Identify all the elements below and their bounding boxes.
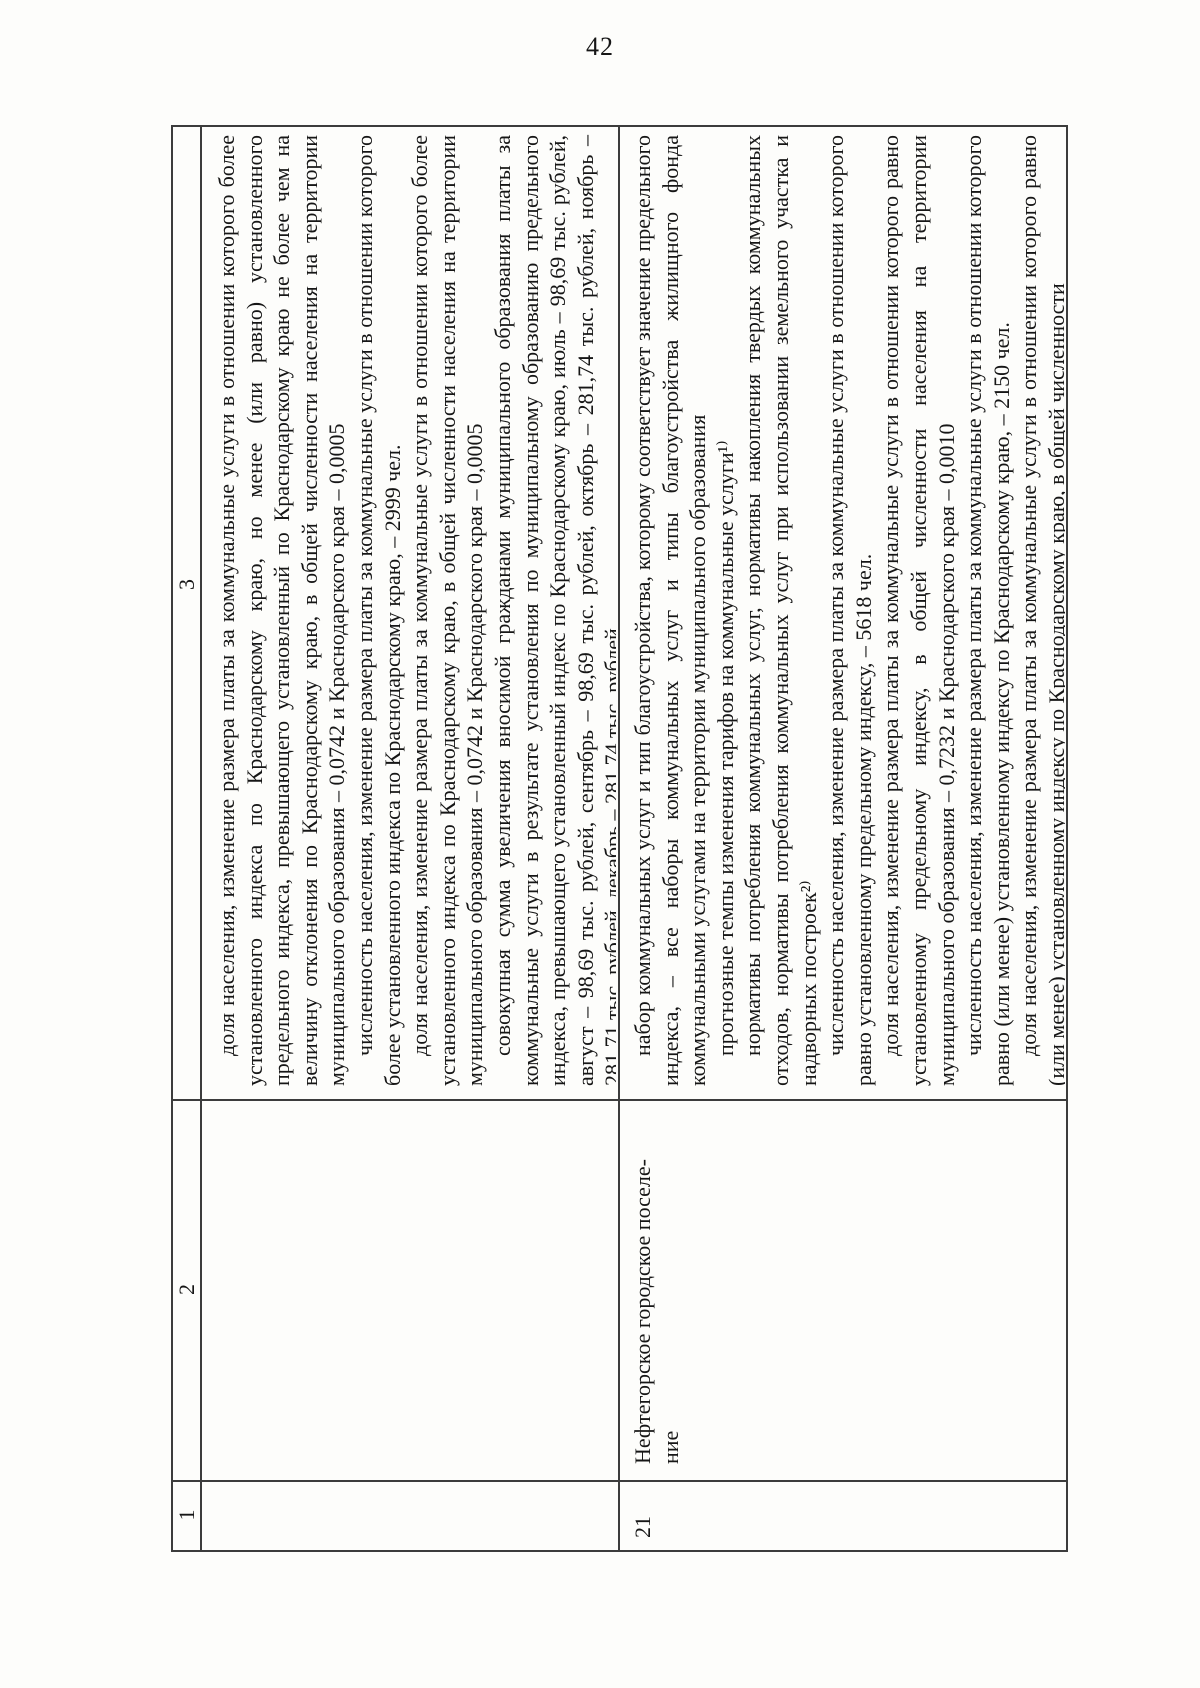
table-border-bottom bbox=[171, 1550, 1068, 1552]
column-header-1-label: 1 bbox=[174, 1510, 199, 1521]
column-header-2-label: 2 bbox=[174, 1284, 199, 1295]
document-page: 42 3 2 1 доля населения, изменение разме… bbox=[0, 0, 1200, 1688]
table-border-right bbox=[1066, 125, 1068, 1552]
row-number: 21 bbox=[630, 1516, 655, 1538]
continued-row-col3-cell: доля населения, изменение размера платы … bbox=[203, 127, 616, 1098]
row21-number-cell: 21 bbox=[621, 1482, 1065, 1548]
paragraph: доля населения, изменение размера платы … bbox=[877, 135, 960, 1086]
paragraph: доля населения, изменение размера платы … bbox=[406, 135, 489, 1086]
paragraph: численность населения, изменение размера… bbox=[822, 135, 877, 1086]
municipality-name-line: ние bbox=[657, 1105, 685, 1464]
table-header-column-divider bbox=[200, 125, 202, 1552]
column-header-1: 1 bbox=[173, 1482, 200, 1548]
paragraph: доля населения, изменение размера платы … bbox=[1015, 135, 1065, 1086]
paragraph: совокупная сумма увеличения вносимой гра… bbox=[489, 135, 616, 1086]
page-number: 42 bbox=[560, 32, 640, 62]
paragraph: численность населения, изменение размера… bbox=[351, 135, 406, 1086]
column-header-3: 3 bbox=[173, 127, 200, 1098]
paragraph: прогнозные темпы изменения тарифов на ко… bbox=[712, 135, 740, 1086]
row21-col3-cell: набор коммунальных услуг и тип благоустр… bbox=[621, 127, 1065, 1098]
column-header-3-label: 3 bbox=[174, 579, 199, 590]
column-header-2: 2 bbox=[173, 1101, 200, 1478]
paragraph: набор коммунальных услуг и тип благоустр… bbox=[629, 135, 712, 1086]
paragraph: нормативы потребления коммунальных услуг… bbox=[739, 135, 822, 1086]
table-row-divider bbox=[618, 125, 620, 1552]
row21-municipality-cell: Нефтегорское городское поселе- ние bbox=[621, 1101, 1065, 1478]
paragraph: численность населения, изменение размера… bbox=[960, 135, 1015, 1086]
municipality-name-line: Нефтегорское городское поселе- bbox=[629, 1105, 657, 1464]
paragraph: доля населения, изменение размера платы … bbox=[213, 135, 351, 1086]
